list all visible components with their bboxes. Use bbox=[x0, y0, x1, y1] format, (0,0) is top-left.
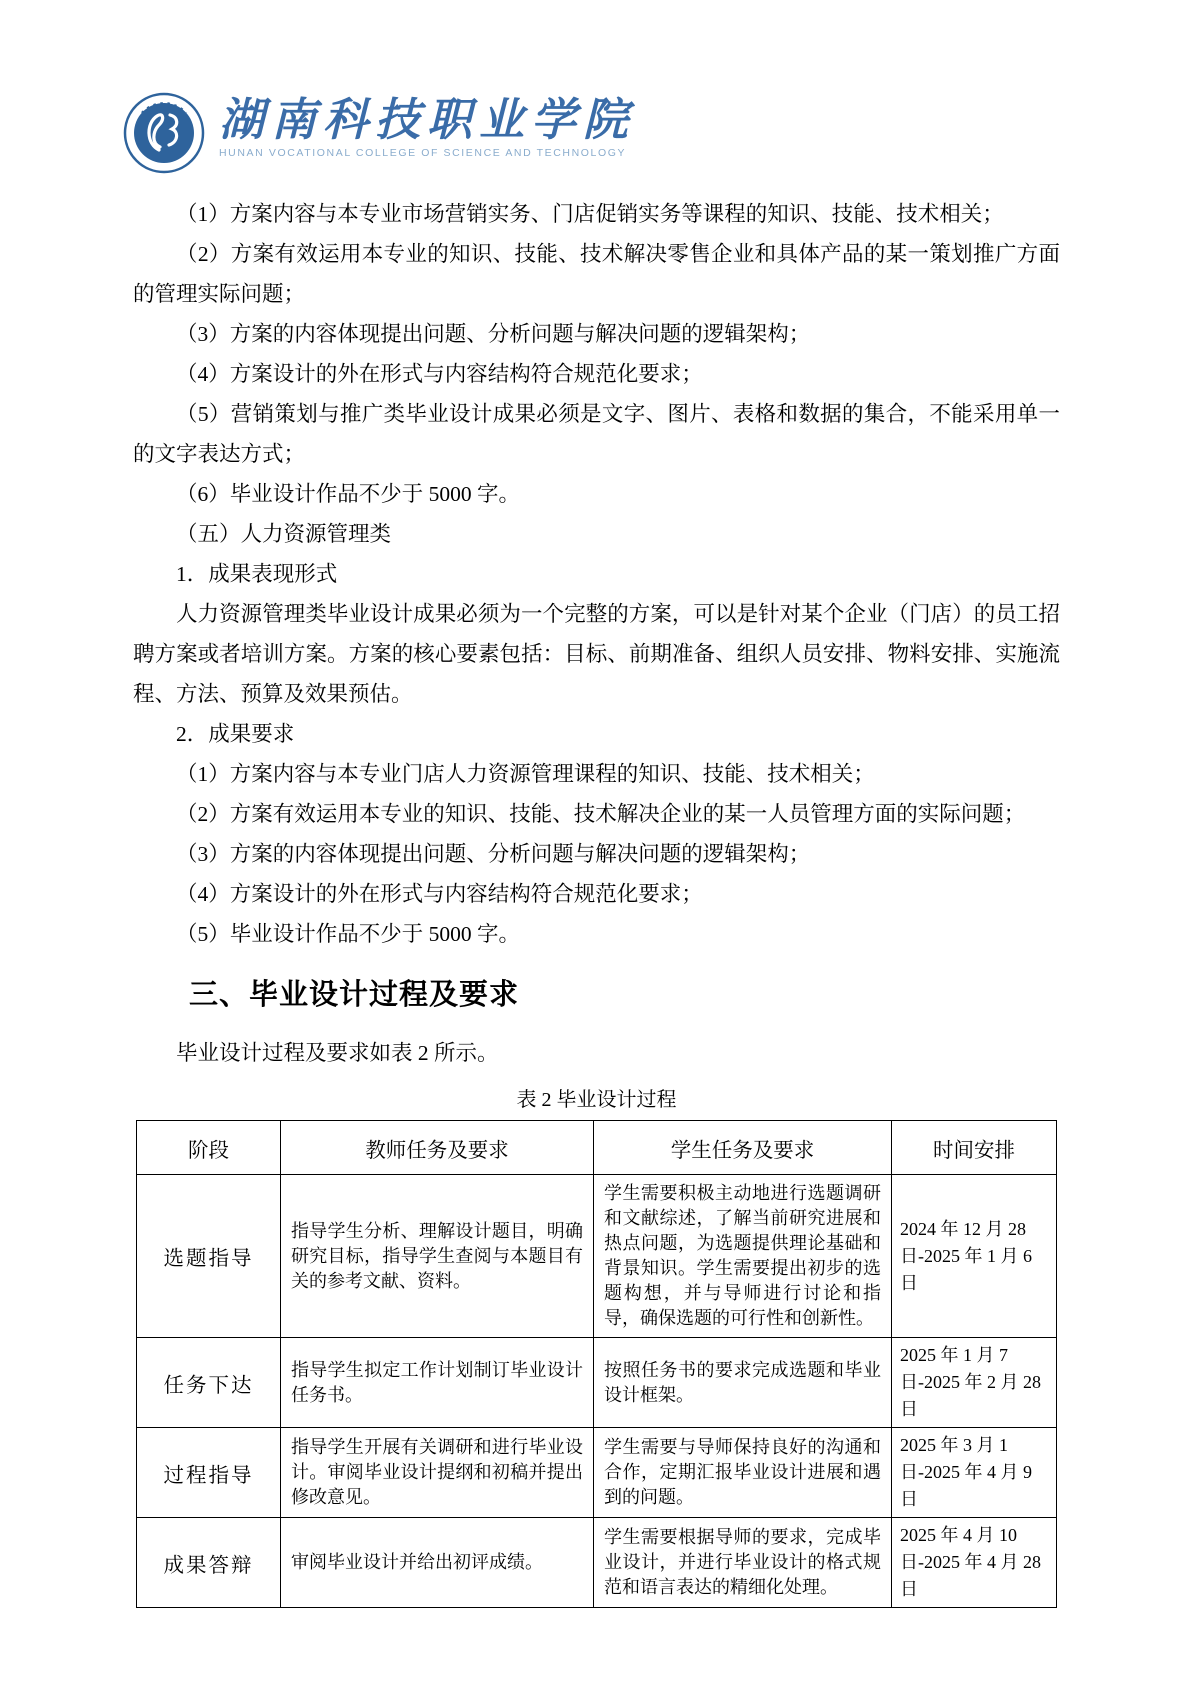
stage-cell: 过程指导 bbox=[137, 1428, 281, 1518]
paragraph-hr-requirement-5: （5）毕业设计作品不少于 5000 字。 bbox=[133, 914, 1060, 954]
paragraph-requirement-3: （3）方案的内容体现提出问题、分析问题与解决问题的逻辑架构； bbox=[133, 314, 1060, 354]
paragraph-requirement-1: （1）方案内容与本专业市场营销实务、门店促销实务等课程的知识、技能、技术相关； bbox=[133, 194, 1060, 234]
student-task-cell: 学生需要根据导师的要求，完成毕业设计，并进行毕业设计的格式规范和语言表达的精细化… bbox=[594, 1518, 892, 1608]
paragraph-table-intro: 毕业设计过程及要求如表 2 所示。 bbox=[133, 1033, 1060, 1073]
paragraph-hr-requirement-1: （1）方案内容与本专业门店人力资源管理课程的知识、技能、技术相关； bbox=[133, 754, 1060, 794]
paragraph-hr-requirement-4: （4）方案设计的外在形式与内容结构符合规范化要求； bbox=[133, 874, 1060, 914]
teacher-task-cell: 审阅毕业设计并给出初评成绩。 bbox=[281, 1518, 594, 1608]
section-heading-process: 三、毕业设计过程及要求 bbox=[133, 972, 1060, 1013]
teacher-task-cell: 指导学生分析、理解设计题目，明确研究目标，指导学生查阅与本题目有关的参考文献、资… bbox=[281, 1175, 594, 1338]
table-caption: 表 2 毕业设计过程 bbox=[133, 1083, 1060, 1112]
table-row: 成果答辩 审阅毕业设计并给出初评成绩。 学生需要根据导师的要求，完成毕业设计，并… bbox=[137, 1518, 1057, 1608]
stage-cell: 选题指导 bbox=[137, 1175, 281, 1338]
subheading-result-form: 1．成果表现形式 bbox=[133, 554, 1060, 594]
column-header-schedule: 时间安排 bbox=[892, 1121, 1057, 1175]
schedule-cell: 2025 年 4 月 10 日-2025 年 4 月 28 日 bbox=[892, 1518, 1057, 1608]
table-row: 选题指导 指导学生分析、理解设计题目，明确研究目标，指导学生查阅与本题目有关的参… bbox=[137, 1175, 1057, 1338]
table-header-row: 阶段 教师任务及要求 学生任务及要求 时间安排 bbox=[137, 1121, 1057, 1175]
teacher-task-cell: 指导学生开展有关调研和进行毕业设计。审阅毕业设计提纲和初稿并提出修改意见。 bbox=[281, 1428, 594, 1518]
schedule-cell: 2025 年 3 月 1 日-2025 年 4 月 9 日 bbox=[892, 1428, 1057, 1518]
document-page: 湖南科技职业学院 HUNAN VOCATIONAL COLLEGE OF SCI… bbox=[0, 0, 1191, 1684]
paragraph-requirement-6: （6）毕业设计作品不少于 5000 字。 bbox=[133, 474, 1060, 514]
table-row: 过程指导 指导学生开展有关调研和进行毕业设计。审阅毕业设计提纲和初稿并提出修改意… bbox=[137, 1428, 1057, 1518]
column-header-teacher-tasks: 教师任务及要求 bbox=[281, 1121, 594, 1175]
college-emblem-icon bbox=[123, 92, 205, 174]
paragraph-hr-description: 人力资源管理类毕业设计成果必须为一个完整的方案，可以是针对某个企业（门店）的员工… bbox=[133, 594, 1060, 714]
stage-cell: 任务下达 bbox=[137, 1338, 281, 1428]
schedule-cell: 2025 年 1 月 7 日-2025 年 2 月 28 日 bbox=[892, 1338, 1057, 1428]
subheading-result-requirements: 2．成果要求 bbox=[133, 714, 1060, 754]
stage-cell: 成果答辩 bbox=[137, 1518, 281, 1608]
teacher-task-cell: 指导学生拟定工作计划制订毕业设计任务书。 bbox=[281, 1338, 594, 1428]
schedule-cell: 2024 年 12 月 28 日-2025 年 1 月 6 日 bbox=[892, 1175, 1057, 1338]
paragraph-requirement-2: （2）方案有效运用本专业的知识、技能、技术解决零售企业和具体产品的某一策划推广方… bbox=[133, 234, 1060, 314]
subsection-heading-hr: （五）人力资源管理类 bbox=[133, 514, 1060, 554]
column-header-stage: 阶段 bbox=[137, 1121, 281, 1175]
document-body: （1）方案内容与本专业市场营销实务、门店促销实务等课程的知识、技能、技术相关； … bbox=[133, 194, 1060, 1608]
graduation-process-table: 阶段 教师任务及要求 学生任务及要求 时间安排 选题指导 指导学生分析、理解设计… bbox=[136, 1120, 1057, 1608]
column-header-student-tasks: 学生任务及要求 bbox=[594, 1121, 892, 1175]
student-task-cell: 按照任务书的要求完成选题和毕业设计框架。 bbox=[594, 1338, 892, 1428]
paragraph-requirement-5: （5）营销策划与推广类毕业设计成果必须是文字、图片、表格和数据的集合，不能采用单… bbox=[133, 394, 1060, 474]
paragraph-hr-requirement-3: （3）方案的内容体现提出问题、分析问题与解决问题的逻辑架构； bbox=[133, 834, 1060, 874]
college-name-block: 湖南科技职业学院 HUNAN VOCATIONAL COLLEGE OF SCI… bbox=[219, 92, 635, 159]
student-task-cell: 学生需要积极主动地进行选题调研和文献综述，了解当前研究进展和热点问题，为选题提供… bbox=[594, 1175, 892, 1338]
table-row: 任务下达 指导学生拟定工作计划制订毕业设计任务书。 按照任务书的要求完成选题和毕… bbox=[137, 1338, 1057, 1428]
college-name-en: HUNAN VOCATIONAL COLLEGE OF SCIENCE AND … bbox=[219, 147, 635, 159]
paragraph-requirement-4: （4）方案设计的外在形式与内容结构符合规范化要求； bbox=[133, 354, 1060, 394]
college-logo: 湖南科技职业学院 HUNAN VOCATIONAL COLLEGE OF SCI… bbox=[123, 92, 1060, 180]
paragraph-hr-requirement-2: （2）方案有效运用本专业的知识、技能、技术解决企业的某一人员管理方面的实际问题； bbox=[133, 794, 1060, 834]
college-name-zh: 湖南科技职业学院 bbox=[219, 94, 635, 146]
student-task-cell: 学生需要与导师保持良好的沟通和合作，定期汇报毕业设计进展和遇到的问题。 bbox=[594, 1428, 892, 1518]
